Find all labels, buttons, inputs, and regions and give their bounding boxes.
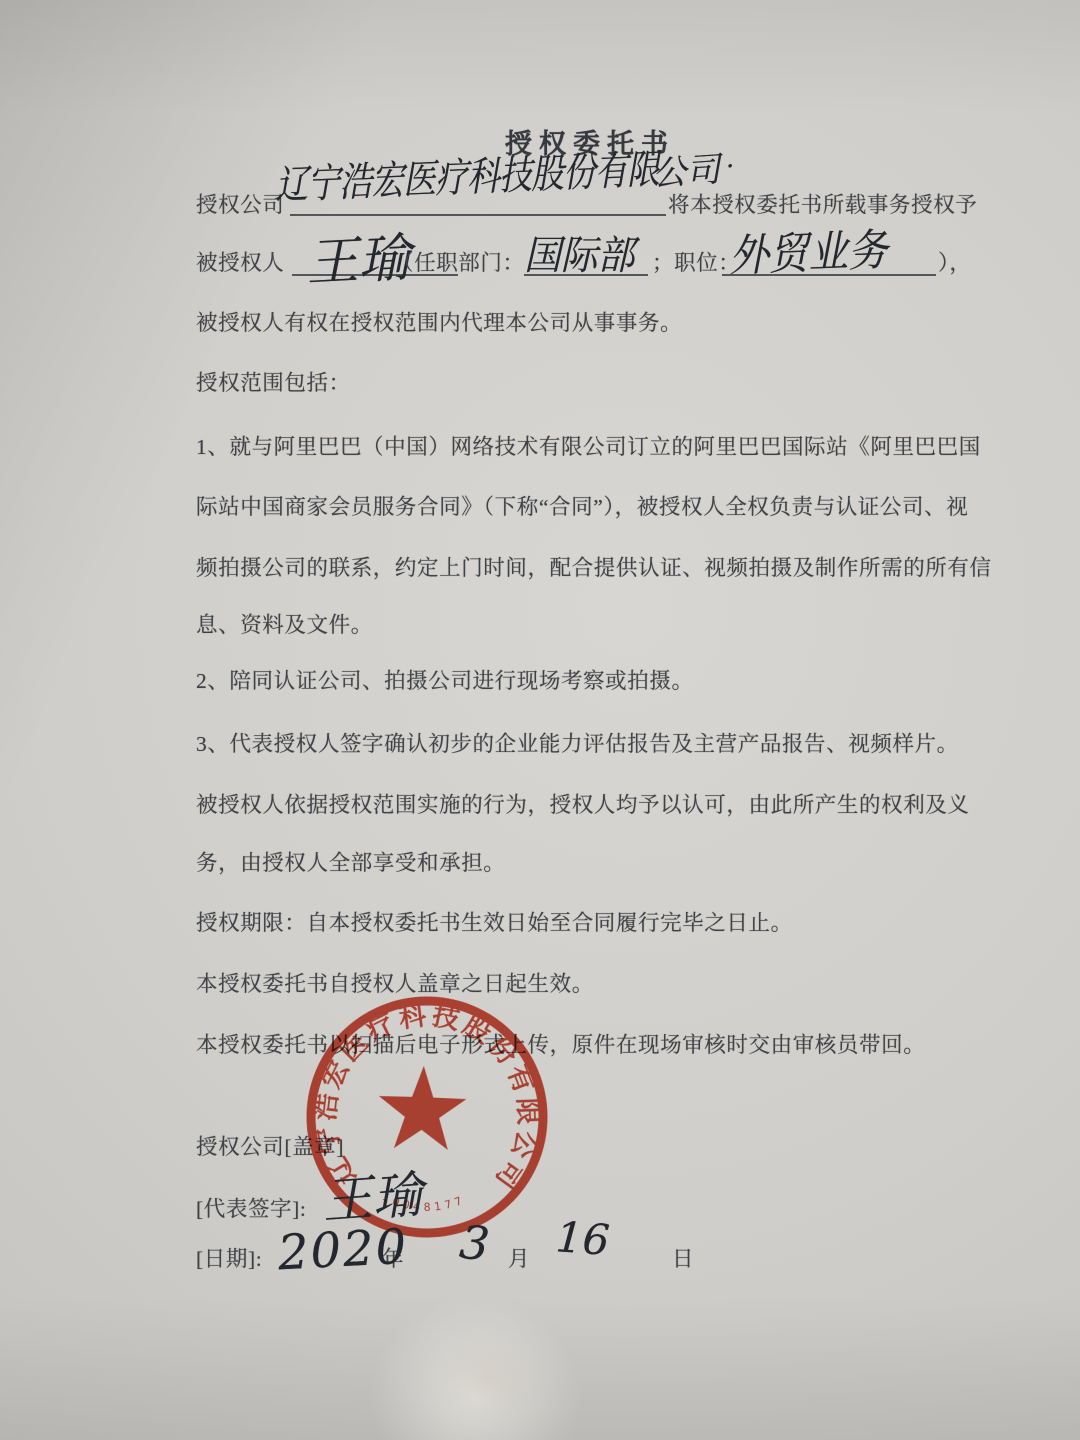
body-line: 3、代表授权人签字确认初步的企业能力评估报告及主营产品报告、视频样片。: [196, 727, 959, 758]
representative-sign-label: [代表签字]:: [196, 1192, 307, 1223]
authorizer-tail-text: 将本授权委托书所载事务授权予: [668, 188, 977, 219]
handwriting-dot: ·: [726, 152, 734, 182]
document-photo: 授权委托书 授权公司 辽宁浩宏医疗科技股份有限 公司 · 将本授权委托书所载事务…: [0, 0, 1080, 1440]
date-month-handwriting: 3: [457, 1215, 492, 1272]
body-line: 授权期限：自本授权委托书生效日始至合同履行完毕之日止。: [196, 906, 793, 937]
body-line: 息、资料及文件。: [196, 608, 373, 639]
body-line: 际站中国商家会员服务合同》（下称“合同”），被授权人全权负责与认证公司、视: [196, 490, 968, 521]
authorizer-blank-underline: [290, 214, 666, 216]
dept-label: （任职部门：: [392, 246, 525, 277]
body-line: 2、陪同认证公司、拍摄公司进行现场考察或拍摄。: [196, 664, 694, 695]
authorizer-company-handwriting: 辽宁浩宏医疗科技股份有限: [274, 138, 659, 211]
position-label: ；职位：: [652, 246, 740, 277]
body-line: 被授权人有权在授权范围内代理本公司从事事务。: [196, 306, 682, 337]
dept-handwriting: 国际部: [524, 224, 634, 281]
body-line: 被授权人依据授权范围实施的行为，授权人均予以认可，由此所产生的权利及义: [196, 788, 970, 819]
body-line: 授权范围包括：: [196, 366, 351, 397]
seal-star-icon: [377, 1064, 467, 1150]
body-line: 频拍摄公司的联系，约定上门时间，配合提供认证、视频拍摄及制作所需的所有信: [196, 551, 992, 582]
date-day-handwriting: 16: [554, 1212, 611, 1265]
agent-tail-text: ），: [938, 246, 971, 277]
date-day-unit: 日: [672, 1242, 694, 1273]
position-handwriting: 外贸业务: [728, 214, 888, 284]
body-line: 务，由授权人全部享受和承担。: [196, 846, 505, 877]
authorizer-label: 授权公司: [196, 188, 284, 219]
body-line: 1、就与阿里巴巴（中国）网络技术有限公司订立的阿里巴巴国际站《阿里巴巴国: [196, 430, 981, 461]
date-year-handwriting: 2020: [277, 1219, 410, 1282]
agent-label: 被授权人: [196, 246, 284, 277]
date-label: [日期]:: [196, 1242, 262, 1273]
